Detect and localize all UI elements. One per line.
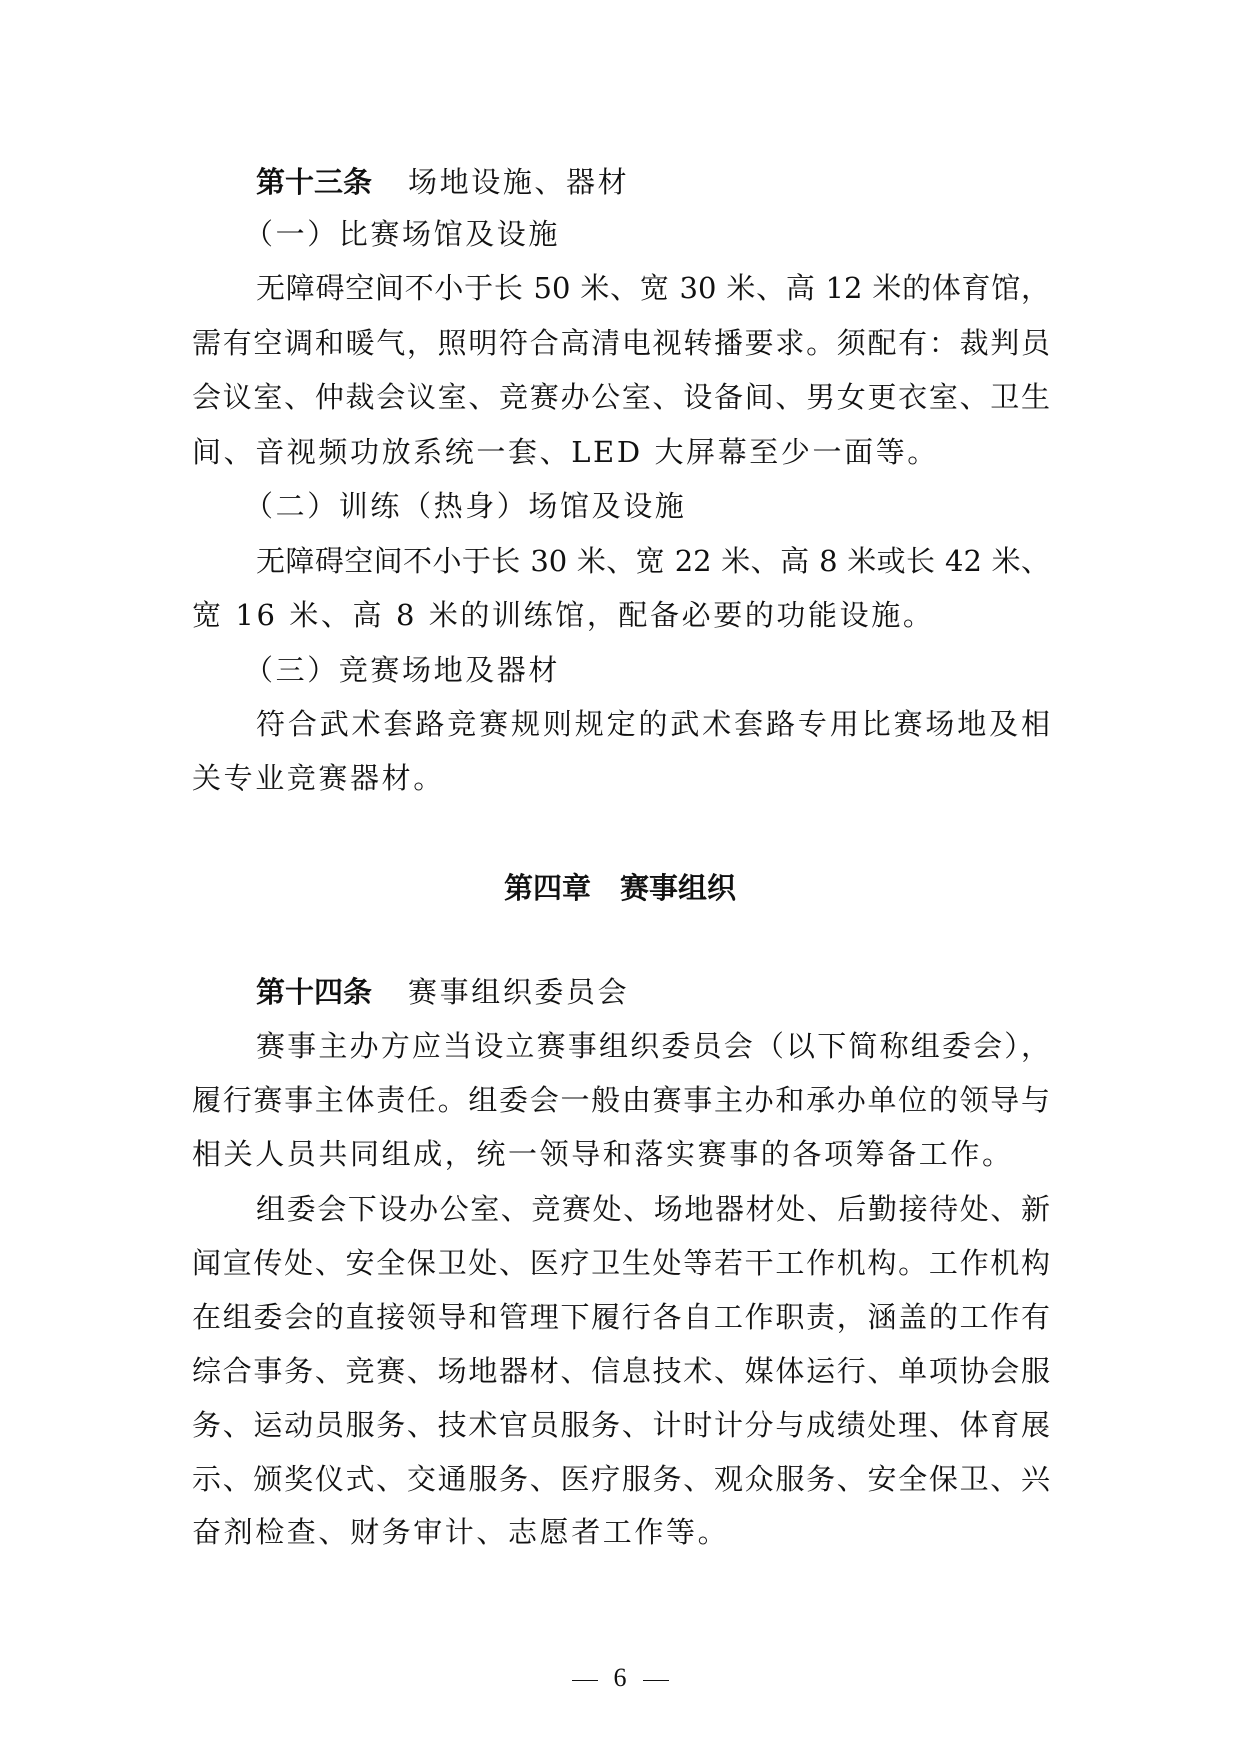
dash-right xyxy=(643,1680,669,1681)
paragraph-line: 赛事主办方应当设立赛事组织委员会（以下简称组委会）， xyxy=(256,1026,1050,1066)
dash-left xyxy=(572,1680,598,1681)
article-13-number: 第十三条 xyxy=(256,165,372,199)
paragraph-line: 履行赛事主体责任。组委会一般由赛事主办和承办单位的领导与 xyxy=(192,1080,1050,1120)
paragraph-line: 相关人员共同组成，统一领导和落实赛事的各项筹备工作。 xyxy=(192,1134,1050,1174)
page-number: 6 xyxy=(0,1660,1240,1696)
paragraph-line: 间、音视频功放系统一套、LED 大屏幕至少一面等。 xyxy=(192,432,1050,472)
paragraph-line: 无障碍空间不小于长 50 米、宽 30 米、高 12 米的体育馆， xyxy=(256,268,1050,308)
document-page: 第十三条场地设施、器材 （一）比赛场馆及设施 无障碍空间不小于长 50 米、宽 … xyxy=(0,0,1240,1754)
chapter-heading: 第四章 赛事组织 xyxy=(0,868,1240,908)
article-14-title: 赛事组织委员会 xyxy=(408,975,629,1009)
article-14-heading: 第十四条赛事组织委员会 xyxy=(256,972,629,1012)
paragraph-line: 需有空调和暖气，照明符合高清电视转播要求。须配有：裁判员 xyxy=(192,323,1050,363)
paragraph-line: 综合事务、竞赛、场地器材、信息技术、媒体运行、单项协会服 xyxy=(192,1351,1050,1391)
paragraph-line: 关专业竞赛器材。 xyxy=(192,758,1050,798)
paragraph-line: 奋剂检查、财务审计、志愿者工作等。 xyxy=(192,1512,1050,1552)
paragraph-line: 无障碍空间不小于长 30 米、宽 22 米、高 8 米或长 42 米、 xyxy=(256,541,1050,581)
paragraph-line: 在组委会的直接领导和管理下履行各自工作职责，涵盖的工作有 xyxy=(192,1297,1050,1337)
subsection-1-heading: （一）比赛场馆及设施 xyxy=(244,214,1038,254)
paragraph-line: 会议室、仲裁会议室、竞赛办公室、设备间、男女更衣室、卫生 xyxy=(192,377,1050,417)
article-13-heading: 第十三条场地设施、器材 xyxy=(256,162,629,202)
article-14-number: 第十四条 xyxy=(256,975,372,1009)
article-13-title: 场地设施、器材 xyxy=(408,165,629,199)
subsection-2-heading: （二）训练（热身）场馆及设施 xyxy=(244,486,1038,526)
paragraph-line: 务、运动员服务、技术官员服务、计时计分与成绩处理、体育展 xyxy=(192,1405,1050,1445)
paragraph-line: 闻宣传处、安全保卫处、医疗卫生处等若干工作机构。工作机构 xyxy=(192,1243,1050,1283)
paragraph-line: 宽 16 米、高 8 米的训练馆，配备必要的功能设施。 xyxy=(192,595,1050,635)
paragraph-line: 符合武术套路竞赛规则规定的武术套路专用比赛场地及相 xyxy=(256,704,1050,744)
paragraph-line: 组委会下设办公室、竞赛处、场地器材处、后勤接待处、新 xyxy=(256,1189,1050,1229)
paragraph-line: 示、颁奖仪式、交通服务、医疗服务、观众服务、安全保卫、兴 xyxy=(192,1459,1050,1499)
page-number-value: 6 xyxy=(614,1663,627,1692)
subsection-3-heading: （三）竞赛场地及器材 xyxy=(244,650,1038,690)
